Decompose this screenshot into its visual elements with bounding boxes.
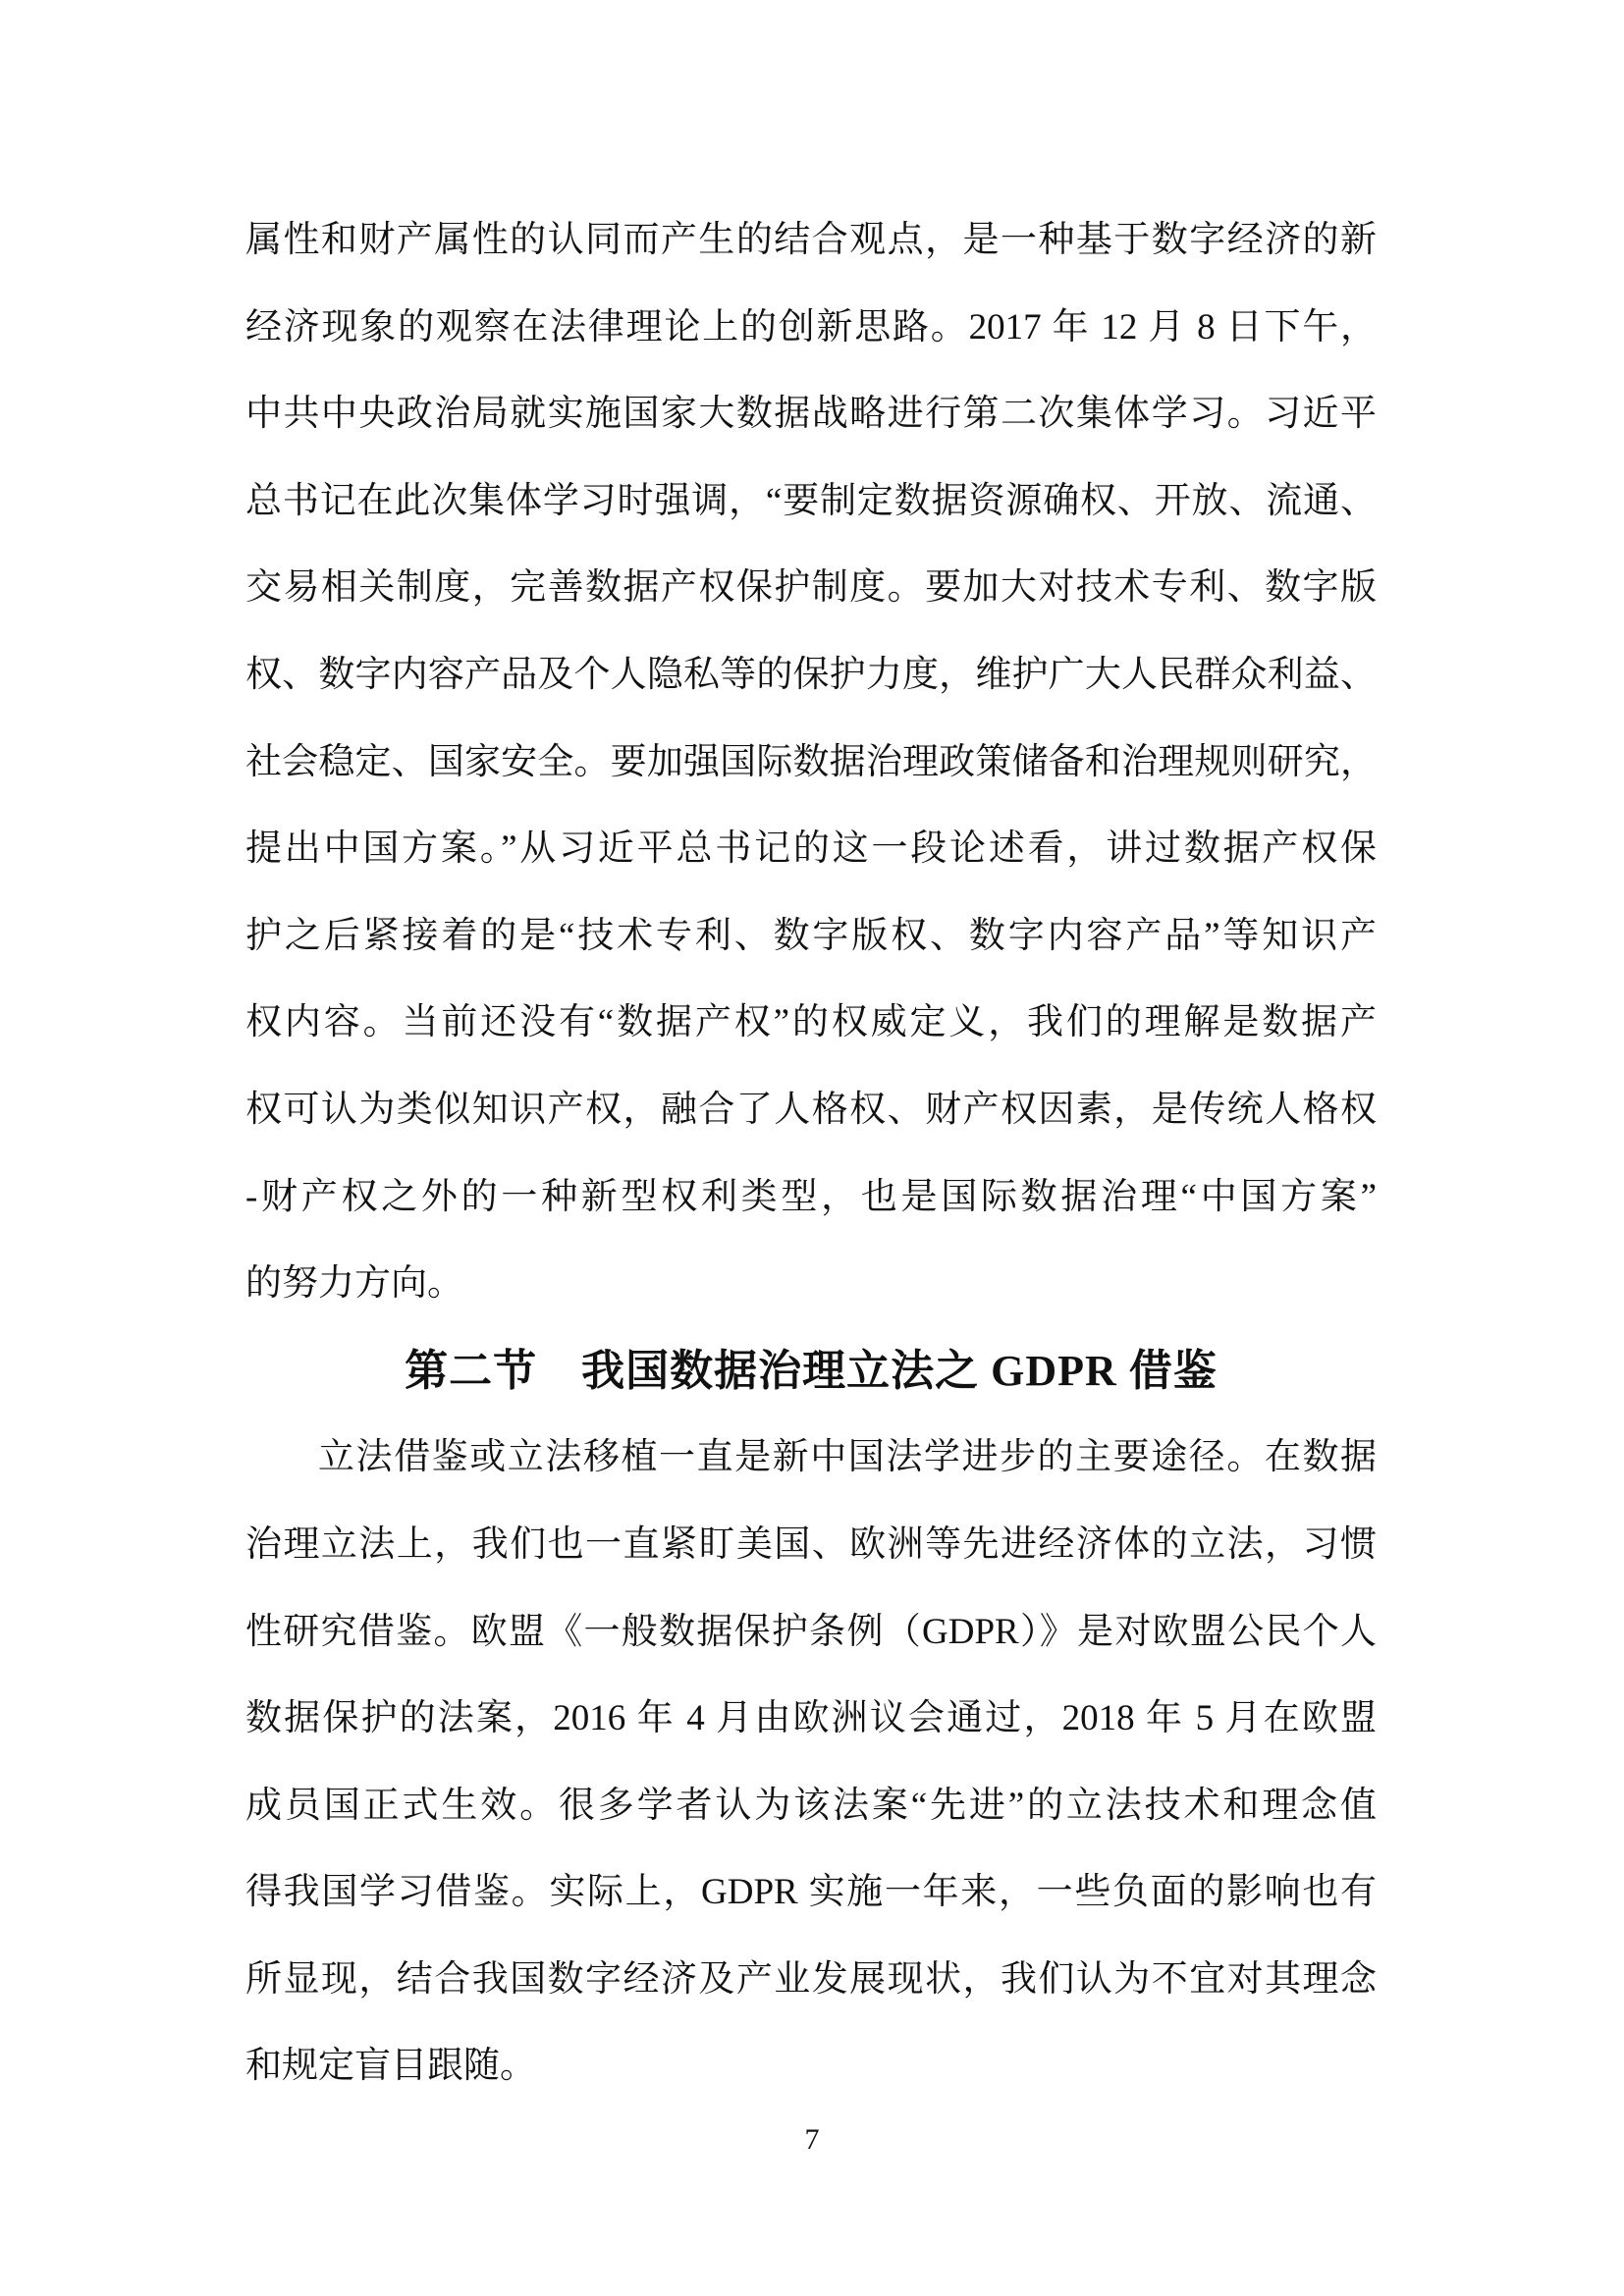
text-line: 护之后紧接着的是“技术专利、数字版权、数字内容产品”等知识产 [245,893,1377,981]
text-line: 权可认为类似知识产权，融合了人格权、财产权因素，是传统人格权 [245,1067,1377,1154]
text-line: 性研究借鉴。欧盟《一般数据保护条例（GDPR）》是对欧盟公民个人 [245,1589,1377,1677]
body-text: 属性和财产属性的认同而产生的结合观点，是一种基于数字经济的新 经济现象的观察在法… [245,197,1377,2110]
text-line: 成员国正式生效。很多学者认为该法案“先进”的立法技术和理念值 [245,1763,1377,1850]
text-line: 立法借鉴或立法移植一直是新中国法学进步的主要途径。在数据 [245,1415,1377,1502]
text-line: 总书记在此次集体学习时强调，“要制定数据资源确权、开放、流通、 [245,458,1377,546]
text-line: 和规定盲目跟随。 [245,2023,1377,2110]
text-line: 社会稳定、国家安全。要加强国际数据治理政策储备和治理规则研究， [245,720,1377,807]
text-line: -财产权之外的一种新型权利类型，也是国际数据治理“中国方案” [245,1154,1377,1242]
section-heading: 第二节 我国数据治理立法之 GDPR 借鉴 [245,1328,1377,1415]
text-line: 所显现，结合我国数字经济及产业发展现状，我们认为不宜对其理念 [245,1937,1377,2024]
document-page: 属性和财产属性的认同而产生的结合观点，是一种基于数字经济的新 经济现象的观察在法… [0,0,1624,2296]
text-line: 属性和财产属性的认同而产生的结合观点，是一种基于数字经济的新 [245,197,1377,285]
text-line: 的努力方向。 [245,1241,1377,1328]
text-line: 得我国学习借鉴。实际上，GDPR 实施一年来，一些负面的影响也有 [245,1849,1377,1937]
text-line: 数据保护的法案，2016 年 4 月由欧洲议会通过，2018 年 5 月在欧盟 [245,1676,1377,1763]
text-line: 中共中央政治局就实施国家大数据战略进行第二次集体学习。习近平 [245,371,1377,458]
text-line: 经济现象的观察在法律理论上的创新思路。2017 年 12 月 8 日下午， [245,285,1377,372]
text-line: 治理立法上，我们也一直紧盯美国、欧洲等先进经济体的立法，习惯 [245,1502,1377,1589]
page-number: 7 [0,2120,1624,2160]
text-line: 权内容。当前还没有“数据产权”的权威定义，我们的理解是数据产 [245,980,1377,1067]
text-line: 权、数字内容产品及个人隐私等的保护力度，维护广大人民群众利益、 [245,632,1377,720]
text-line: 提出中国方案。”从习近平总书记的这一段论述看，讲过数据产权保 [245,806,1377,893]
text-line: 交易相关制度，完善数据产权保护制度。要加大对技术专利、数字版 [245,545,1377,632]
